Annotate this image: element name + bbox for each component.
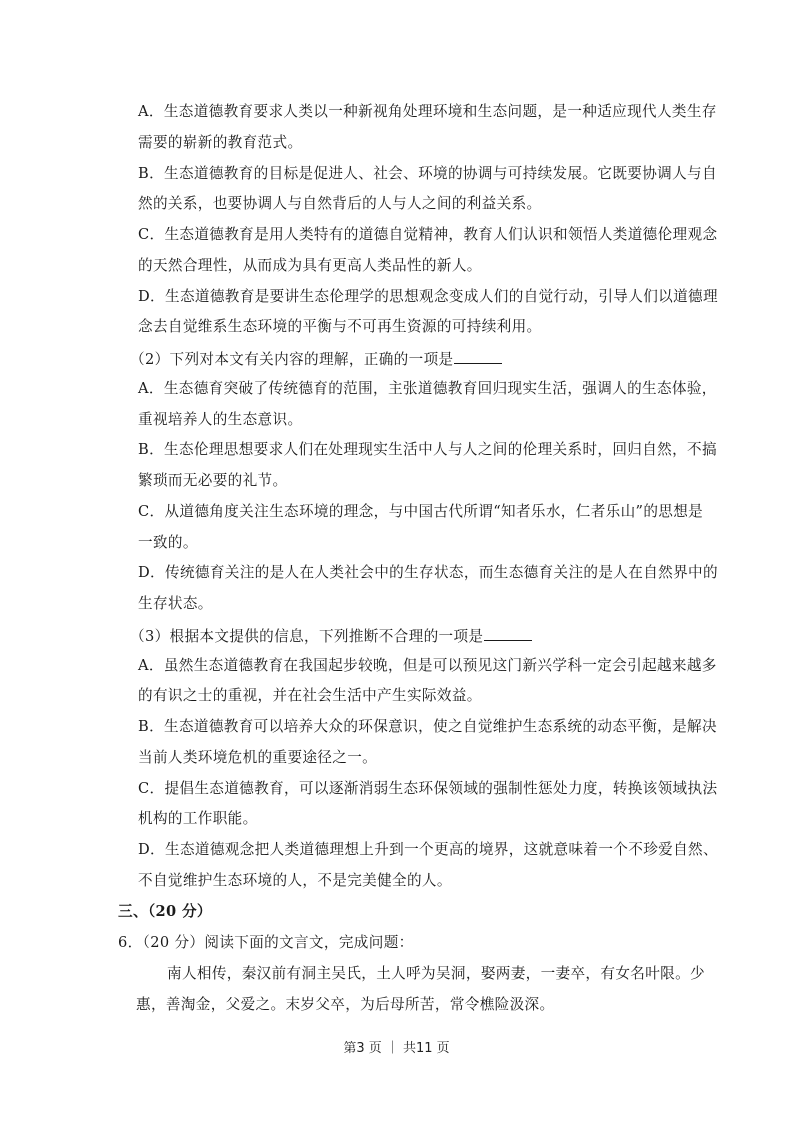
q3-option-c-line1: C．提倡生态道德教育，可以逐渐消弱生态环保领域的强制性惩处力度，转换该领域执法 <box>138 780 698 798</box>
question-2-stem-text: （2）下列对本文有关内容的理解，正确的一项是 <box>130 351 453 368</box>
option-d-line2: 念去自觉维系生态环境的平衡与不可再生资源的可持续利用。 <box>138 318 698 336</box>
passage-line-2: 惠，善淘金，父爱之。末岁父卒，为后母所苦，常令樵险汲深。 <box>136 996 696 1014</box>
q3-option-a-line1: A．虽然生态道德教育在我国起步较晚，但是可以预见这门新兴学科一定会引起越来越多 <box>138 657 698 675</box>
option-b-line2: 然的关系，也要协调人与自然背后的人与人之间的利益关系。 <box>138 195 698 213</box>
question-3-stem: （3）根据本文提供的信息，下列推断不合理的一项是 <box>130 626 690 646</box>
q3-option-c-line2: 机构的工作职能。 <box>138 810 698 828</box>
q2-option-a-line1: A．生态德育突破了传统德育的范围，主张道德教育回归现实生活，强调人的生态体验， <box>138 380 698 398</box>
q2-option-b-line2: 繁琐而无必要的礼节。 <box>138 472 698 490</box>
answer-blank <box>484 626 532 641</box>
answer-blank <box>454 349 502 364</box>
q2-option-d-line1: D．传统德育关注的是人在人类社会中的生存状态，而生态德育关注的是人在自然界中的 <box>138 564 698 582</box>
question-3-stem-text: （3）根据本文提供的信息，下列推断不合理的一项是 <box>130 628 483 645</box>
option-c-line1: C．生态道德教育是用人类特有的道德自觉精神，教育人们认识和领悟人类道德伦理观念 <box>138 226 698 244</box>
option-d-line1: D．生态道德教育是要讲生态伦理学的思想观念变成人们的自觉行动，引导人们以道德理 <box>138 288 698 306</box>
page-footer: 第3 页 ｜ 共11 页 <box>0 1037 793 1056</box>
question-6-stem: 6．（20 分）阅读下面的文言文，完成问题： <box>118 934 678 952</box>
q2-option-c-line2: 一致的。 <box>138 534 698 552</box>
q3-option-a-line2: 的有识之士的重视，并在社会生活中产生实际效益。 <box>138 687 698 705</box>
q3-option-d-line2: 不自觉维护生态环境的人，不是完美健全的人。 <box>138 872 698 890</box>
section-heading: 三、（20 分） <box>118 903 678 921</box>
question-2-stem: （2）下列对本文有关内容的理解，正确的一项是 <box>130 349 690 369</box>
option-c-line2: 的天然合理性，从而成为具有更高人类品性的新人。 <box>138 257 698 275</box>
q2-option-a-line2: 重视培养人的生态意识。 <box>138 411 698 429</box>
q2-option-c-line1: C．从道德角度关注生态环境的理念，与中国古代所谓“知者乐水，仁者乐山”的思想是 <box>138 503 698 521</box>
q3-option-b-line1: B．生态道德教育可以培养大众的环保意识，使之自觉维护生态系统的动态平衡，是解决 <box>138 718 698 736</box>
q2-option-d-line2: 生存状态。 <box>138 595 698 613</box>
option-b-line1: B．生态道德教育的目标是促进人、社会、环境的协调与可持续发展。它既要协调人与自 <box>138 165 698 183</box>
q3-option-b-line2: 当前人类环境危机的重要途径之一。 <box>138 749 698 767</box>
document-page: A．生态道德教育要求人类以一种新视角处理环境和生态问题，是一种适应现代人类生存 … <box>0 0 793 1122</box>
passage-line-1: 南人相传，秦汉前有洞主吴氏，土人呼为吴洞，娶两妻，一妻卒，有女名叶限。少 <box>167 965 727 983</box>
q3-option-d-line1: D．生态道德观念把人类道德理想上升到一个更高的境界，这就意味着一个不珍爱自然、 <box>138 841 698 859</box>
option-a-line1: A．生态道德教育要求人类以一种新视角处理环境和生态问题，是一种适应现代人类生存 <box>138 103 698 121</box>
q2-option-b-line1: B．生态伦理思想要求人们在处理现实生活中人与人之间的伦理关系时，回归自然，不搞 <box>138 441 698 459</box>
option-a-line2: 需要的崭新的教育范式。 <box>138 134 698 152</box>
